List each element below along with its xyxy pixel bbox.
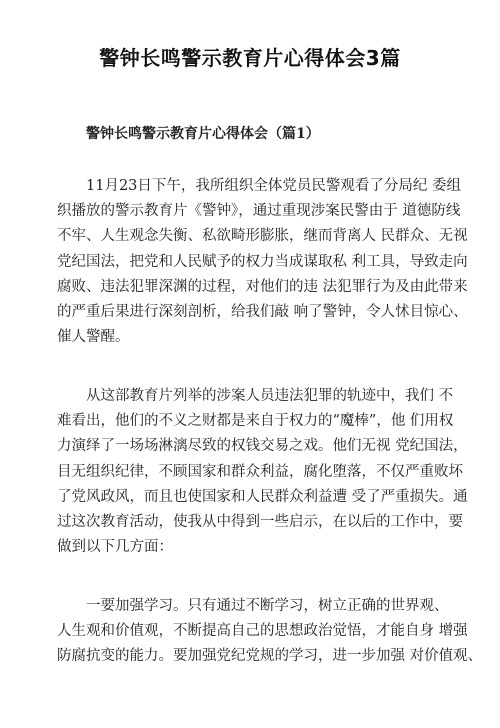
paragraph-line: 催人警醒。 bbox=[57, 325, 457, 350]
section-title: 警钟长鸣警示教育片心得体会（篇1） bbox=[86, 123, 320, 143]
paragraph-line: 腐败、违法犯罪深渊的过程，对他们的违 法犯罪行为及由此带来 bbox=[57, 275, 457, 300]
paragraph-line: 从这部教育片列举的涉案人员违法犯罪的轨迹中，我们 不 bbox=[57, 384, 457, 409]
paragraph-line: 目无组织纪律，不顾国家和群众利益，腐化堕落，不仅严重败坏 bbox=[57, 460, 457, 485]
paragraph-line: 11月23日下午，我所组织全体党员民警观看了分局纪 委组 bbox=[57, 174, 457, 199]
paragraph-line: 做到以下几方面： bbox=[57, 535, 457, 560]
paragraph-line: 织播放的警示教育片《警钟》，通过重现涉案民警由于 道德防线 bbox=[57, 199, 457, 224]
paragraph-line: 力演绎了一场场淋漓尽致的权钱交易之戏。他们无视 党纪国法， bbox=[57, 434, 457, 459]
paragraph-2: 从这部教育片列举的涉案人员违法犯罪的轨迹中，我们 不 难看出，他们的不义之财都是… bbox=[57, 384, 457, 560]
paragraph-line: 党纪国法，把党和人民赋予的权力当成谋取私 利工具，导致走向 bbox=[57, 250, 457, 275]
paragraph-3: 一要加强学习。只有通过不断学习，树立正确的世界观、 人生观和价值观，不断提高自己… bbox=[57, 594, 457, 670]
paragraph-line: 了党风政风，而且也使国家和人民群众利益遭 受了严重损失。通 bbox=[57, 485, 457, 510]
paragraph-line: 人生观和价值观，不断提高自己的思想政治觉悟，才能自身 增强 bbox=[57, 619, 457, 644]
document-title: 警钟长鸣警示教育片心得体会3篇 bbox=[0, 42, 500, 71]
paragraph-line: 难看出，他们的不义之财都是来自于权力的“魔棒”，他 们用权 bbox=[57, 409, 457, 434]
paragraph-line: 一要加强学习。只有通过不断学习，树立正确的世界观、 bbox=[57, 594, 457, 619]
paragraph-line: 过这次教育活动，使我从中得到一些启示，在以后的工作中，要 bbox=[57, 510, 457, 535]
paragraph-line: 防腐抗变的能力。要加强党纪党规的学习，进一步加强 对价值观、 bbox=[57, 644, 457, 669]
paragraph-1: 11月23日下午，我所组织全体党员民警观看了分局纪 委组 织播放的警示教育片《警… bbox=[57, 174, 457, 350]
paragraph-line: 的严重后果进行深刻剖析，给我们敲 响了警钟，令人怵目惊心、 bbox=[57, 300, 457, 325]
paragraph-line: 不牢、人生观念失衡、私欲畸形膨胀，继而背离人 民群众、无视 bbox=[57, 224, 457, 249]
